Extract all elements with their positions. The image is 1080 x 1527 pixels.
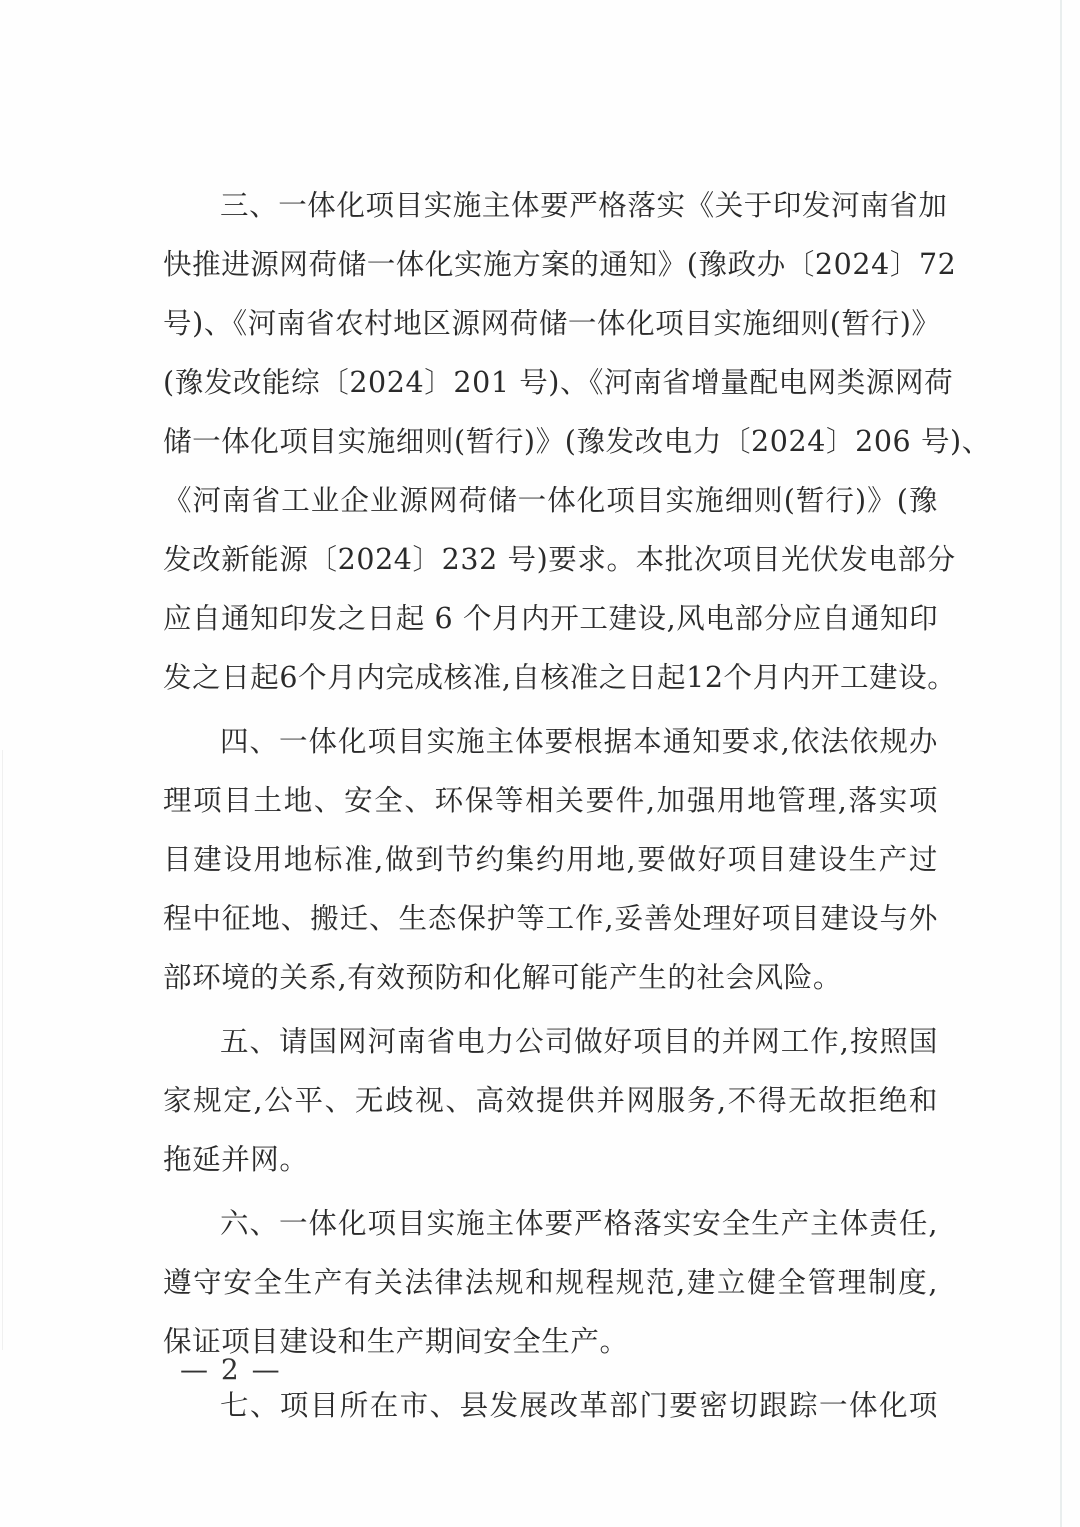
text-line: 遵守安全生产有关法律法规和规程规范,建立健全管理制度, <box>163 1253 938 1312</box>
text-line: 《河南省工业企业源网荷储一体化项目实施细则(暂行)》(豫 <box>163 471 938 530</box>
text-line: 应自通知印发之日起 6 个月内开工建设,风电部分应自通知印 <box>163 589 938 648</box>
text-line: 目建设用地标准,做到节约集约用地,要做好项目建设生产过 <box>163 830 938 889</box>
text-line: 发之日起6个月内完成核准,自核准之日起12个月内开工建设。 <box>163 648 938 707</box>
paragraph-section-3: 三、一体化项目实施主体要严格落实《关于印发河南省加 快推进源网荷储一体化实施方案… <box>163 176 938 707</box>
text-line: 五、请国网河南省电力公司做好项目的并网工作,按照国 <box>163 1012 938 1071</box>
text-line: 储一体化项目实施细则(暂行)》(豫发改电力〔2024〕206 号)、 <box>163 412 938 471</box>
document-page: 三、一体化项目实施主体要严格落实《关于印发河南省加 快推进源网荷储一体化实施方案… <box>0 0 1080 1527</box>
text-line: 程中征地、搬迁、生态保护等工作,妥善处理好项目建设与外 <box>163 889 938 948</box>
text-line: 家规定,公平、无歧视、高效提供并网服务,不得无故拒绝和 <box>163 1071 938 1130</box>
paragraph-section-5: 五、请国网河南省电力公司做好项目的并网工作,按照国 家规定,公平、无歧视、高效提… <box>163 1012 938 1189</box>
paragraph-section-4: 四、一体化项目实施主体要根据本通知要求,依法依规办 理项目土地、安全、环保等相关… <box>163 712 938 1007</box>
text-line: 三、一体化项目实施主体要严格落实《关于印发河南省加 <box>163 176 938 235</box>
scan-edge-line <box>1060 0 1062 1527</box>
text-line: 四、一体化项目实施主体要根据本通知要求,依法依规办 <box>163 712 938 771</box>
page-number: — 2 — <box>180 1350 282 1390</box>
text-line: 六、一体化项目实施主体要严格落实安全生产主体责任, <box>163 1194 938 1253</box>
text-line: 理项目土地、安全、环保等相关要件,加强用地管理,落实项 <box>163 771 938 830</box>
text-line: 号)、《河南省农村地区源网荷储一体化项目实施细则(暂行)》 <box>163 294 938 353</box>
text-line: 部环境的关系,有效预防和化解可能产生的社会风险。 <box>163 948 938 1007</box>
text-line: 发改新能源〔2024〕232 号)要求。本批次项目光伏发电部分 <box>163 530 938 589</box>
text-line: (豫发改能综〔2024〕201 号)、《河南省增量配电网类源网荷 <box>163 353 938 412</box>
scan-edge-line <box>2 750 3 1350</box>
document-body: 三、一体化项目实施主体要严格落实《关于印发河南省加 快推进源网荷储一体化实施方案… <box>163 176 938 1435</box>
text-line: 快推进源网荷储一体化实施方案的通知》(豫政办〔2024〕72 <box>163 235 938 294</box>
text-line: 拖延并网。 <box>163 1130 938 1189</box>
paragraph-section-6: 六、一体化项目实施主体要严格落实安全生产主体责任, 遵守安全生产有关法律法规和规… <box>163 1194 938 1371</box>
